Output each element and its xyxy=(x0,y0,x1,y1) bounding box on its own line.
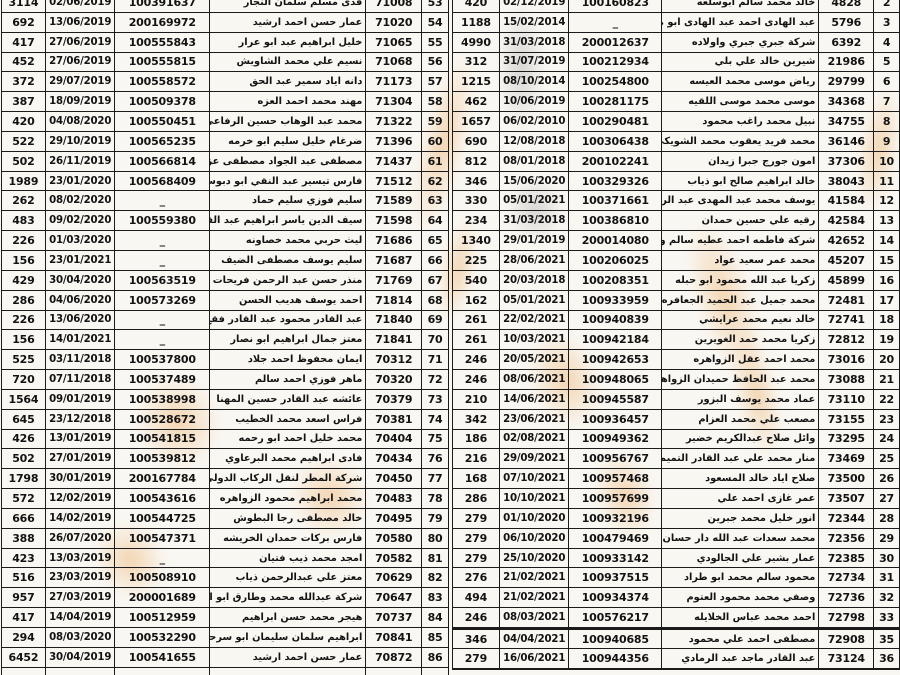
cell-date: 04/04/2021 xyxy=(500,630,570,648)
cell-count: 1798 xyxy=(2,469,46,488)
table-row: 29408/03/2020100532290ابراهيم سلمان سليم… xyxy=(2,628,448,648)
cell-no: 81 xyxy=(422,549,448,568)
cell-num: 71814 xyxy=(366,291,422,310)
cell-count: 279 xyxy=(453,529,500,548)
cell-no: 2 xyxy=(874,0,899,12)
cell-num: 6392 xyxy=(819,33,874,52)
cell-num: 70582 xyxy=(366,549,422,568)
cell-id: 100944356 xyxy=(569,649,662,668)
cell-count: 226 xyxy=(2,311,46,330)
table-row: 81208/01/2018200102241امون جورج جبرا زيد… xyxy=(453,152,899,172)
table-row: 27906/10/2020100479469محمد سعدات عبد الل… xyxy=(453,529,899,549)
cell-no: 66 xyxy=(422,251,448,270)
table-row: 69213/06/2019200169972عمار حسن احمد ارشي… xyxy=(2,13,448,33)
cell-num: 72908 xyxy=(819,630,874,648)
cell-id: 100509378 xyxy=(115,92,210,111)
cell-name: نبيل محمد راغب محمود xyxy=(662,112,819,131)
cell-name: محمد جميل عبد الحميد الجعافره xyxy=(662,291,819,310)
cell-num: 34755 xyxy=(819,112,874,131)
table-row: 33005/01/2021100371661يوسف محمد عبد المه… xyxy=(453,191,899,211)
cell-id xyxy=(115,668,210,675)
cell-date: 06/02/2010 xyxy=(500,112,570,131)
cell-num: 73016 xyxy=(819,350,874,369)
table-row: 22528/06/2021100206025محمد عمر سعيد عواد… xyxy=(453,251,899,271)
cell-date: 30/04/2020 xyxy=(46,271,116,290)
cell-date: 05/01/2021 xyxy=(500,291,570,310)
cell-num: 72356 xyxy=(819,529,874,548)
cell-no: 57 xyxy=(422,72,448,91)
cell-no: 58 xyxy=(422,92,448,111)
cell-num: 71589 xyxy=(366,191,422,210)
cell-count: 483 xyxy=(2,211,46,230)
cell-no: 63 xyxy=(422,191,448,210)
cell-num: 21986 xyxy=(819,53,874,72)
cell-no: 62 xyxy=(422,172,448,191)
cell-count: 186 xyxy=(453,430,500,449)
cell-name: فراس اسعد محمد الخطيب xyxy=(210,410,366,429)
cell-date: 14/06/2021 xyxy=(500,390,570,409)
cell-no: 25 xyxy=(874,449,899,468)
cell-name: عائشه عبد القادر حسين المهنا xyxy=(210,390,366,409)
table-row: 69012/08/2018100306438محمد فريد يعقوب مح… xyxy=(453,132,899,152)
cell-num: 70580 xyxy=(366,529,422,548)
cell-no: 18 xyxy=(874,311,899,330)
cell-num: 73155 xyxy=(819,410,874,429)
cell-name: مصعب علي محمد العزام xyxy=(662,410,819,429)
cell-id: 100932196 xyxy=(569,509,662,528)
cell-no: 33 xyxy=(874,608,899,627)
cell-count: 1215 xyxy=(453,72,500,91)
scanned-registry-page: { "colors": { "paper": "#f9f7f2", "borde… xyxy=(0,0,900,675)
cell-id: 100290481 xyxy=(569,112,662,131)
cell-count: 279 xyxy=(453,649,500,668)
cell-name: عبد الهادى احمد عبد الهادى ابو معيلش xyxy=(662,13,819,32)
cell-id: 100537489 xyxy=(115,370,210,389)
cell-count: 346 xyxy=(453,630,500,648)
cell-id: _ xyxy=(115,191,210,210)
cell-no: 4 xyxy=(874,33,899,52)
cell-no: 13 xyxy=(874,211,899,230)
cell-name: فارس تيسير عبد النقي ابو دبوس xyxy=(210,172,366,191)
table-row: 37229/07/2019100558572دانه اياد سمير عبد… xyxy=(2,72,448,92)
cell-num: 71841 xyxy=(366,330,422,349)
cell-date: 27/03/2019 xyxy=(46,588,116,607)
cell-count: 540 xyxy=(453,271,500,290)
cell-id: _ xyxy=(115,330,210,349)
cell-count: 666 xyxy=(2,509,46,528)
cell-date: 23/06/2021 xyxy=(500,410,570,429)
cell-id: 100160823 xyxy=(569,0,662,12)
cell-count: 516 xyxy=(2,568,46,587)
table-row: 41714/04/2019100512959هيجر محمد حسن ابرا… xyxy=(2,608,448,628)
cell-no: 73 xyxy=(422,390,448,409)
cell-name: محمود سالم محمد ابو طراد xyxy=(662,568,819,587)
table-row: 179830/01/2019200167784شركة المطر لنقل ا… xyxy=(2,469,448,489)
table-row: 42313/03/2019_امجد محمد ذيب فتيان7058281 xyxy=(2,549,448,569)
cell-count: 502 xyxy=(2,152,46,171)
cell-num: 72798 xyxy=(819,608,874,627)
cell-count: 226 xyxy=(2,231,46,250)
cell-count: 279 xyxy=(453,509,500,528)
cell-id: 100933142 xyxy=(569,549,662,568)
cell-id: 100940685 xyxy=(569,630,662,648)
cell-date: 13/01/2019 xyxy=(46,430,116,449)
cell-num: 71065 xyxy=(366,33,422,52)
cell-name: سيف الدين ياسر ابراهيم عبد القادر xyxy=(210,211,366,230)
cell-count: 372 xyxy=(2,72,46,91)
cell-num: 72344 xyxy=(819,509,874,528)
cell-no: 59 xyxy=(422,112,448,131)
table-row: 21014/06/2021100945587عماد محمد يوسف الب… xyxy=(453,390,899,410)
cell-name: موسى محمد موسى اللقيه xyxy=(662,92,819,111)
cell-id: 100329326 xyxy=(569,172,662,191)
cell-no: 27 xyxy=(874,489,899,508)
cell-name: فدى مسلم سلمان النجار xyxy=(210,0,366,12)
cell-count: 216 xyxy=(453,449,500,468)
table-row: 27916/06/2021100944356عبد القادر ماجد عب… xyxy=(453,649,899,669)
table-row: 27925/10/2020100933142عمار بشير علي الجا… xyxy=(453,549,899,569)
cell-count xyxy=(2,668,46,675)
cell-date: 22/02/2021 xyxy=(500,311,570,330)
cell-name: عمار حسن احمد ارشيد xyxy=(210,648,366,667)
cell-count: 494 xyxy=(453,588,500,607)
cell-id: 100937515 xyxy=(569,568,662,587)
cell-no: 21 xyxy=(874,370,899,389)
table-row: 134029/01/2019200014080شركة فاطمه احمد ع… xyxy=(453,231,899,251)
table-row: 42002/12/2019100160823خالد محمد سالم ابو… xyxy=(453,0,899,13)
cell-name: محمد احمد عقل الزواهره xyxy=(662,350,819,369)
cell-count: 417 xyxy=(2,608,46,627)
cell-date: 07/11/2018 xyxy=(46,370,116,389)
cell-id: 100391637 xyxy=(115,0,210,12)
cell-id: 100371661 xyxy=(569,191,662,210)
cell-no: 23 xyxy=(874,410,899,429)
table-row: 18602/08/2021100949362وائل صلاح عبدالكري… xyxy=(453,430,899,450)
cell-date: 08/03/2020 xyxy=(46,628,116,647)
cell-num: 73507 xyxy=(819,489,874,508)
cell-id: 100942653 xyxy=(569,350,662,369)
cell-count: 168 xyxy=(453,469,500,488)
cell-no: 7 xyxy=(874,92,899,111)
cell-num: 71512 xyxy=(366,172,422,191)
cell-name: عماد محمد يوسف البزور xyxy=(662,390,819,409)
cell-name: شركة المطر لنقل الركاب الدولي xyxy=(210,469,366,488)
table-row: 95727/03/2019200001689شركة عبدالله محمد … xyxy=(2,588,448,608)
cell-no: 17 xyxy=(874,291,899,310)
cell-num: 38043 xyxy=(819,172,874,191)
cell-count: 1657 xyxy=(453,112,500,131)
cell-num: 71068 xyxy=(366,53,422,72)
cell-no: 65 xyxy=(422,231,448,250)
cell-id: 100541655 xyxy=(115,648,210,667)
table-row: 15623/01/2021_سليم يوسف مصطفى الضيف71687… xyxy=(2,251,448,271)
cell-count: 388 xyxy=(2,529,46,548)
cell-count: 522 xyxy=(2,132,46,151)
cell-no: 8 xyxy=(874,112,899,131)
cell-count: 262 xyxy=(2,191,46,210)
cell-no: 29 xyxy=(874,529,899,548)
cell-no: 35 xyxy=(874,630,899,648)
cell-date: 04/08/2020 xyxy=(46,112,116,131)
cell-id: 100281175 xyxy=(569,92,662,111)
table-row: 26110/03/2021100942184زكريا محمد حمد الغ… xyxy=(453,330,899,350)
cell-name: هيجر محمد حسن ابراهيم xyxy=(210,608,366,627)
cell-no: 79 xyxy=(422,509,448,528)
cell-no: 36 xyxy=(874,649,899,668)
cell-id: 100544725 xyxy=(115,509,210,528)
cell-id: 100306438 xyxy=(569,132,662,151)
cell-num: 36146 xyxy=(819,132,874,151)
table-row: 21629/09/2021100956767منار محمد علي عبد … xyxy=(453,449,899,469)
cell-date: 29/09/2021 xyxy=(500,449,570,468)
cell-num: 73124 xyxy=(819,649,874,668)
cell-count: 957 xyxy=(2,588,46,607)
cell-no: 5 xyxy=(874,53,899,72)
cell-num: 73088 xyxy=(819,370,874,389)
table-row: 34604/04/2021100940685مصطفى احمد علي محم… xyxy=(453,628,899,649)
cell-date: 08/01/2018 xyxy=(500,152,570,171)
table-row: 52229/10/2019100565235ضرغام خليل سليم اب… xyxy=(2,132,448,152)
cell-num xyxy=(366,668,422,675)
cell-name: عبد القادر ماجد عبد الرمادي xyxy=(662,649,819,668)
cell-id: 100565235 xyxy=(115,132,210,151)
cell-id: 100386810 xyxy=(569,211,662,230)
cell-count: 423 xyxy=(2,549,46,568)
cell-count: 342 xyxy=(453,410,500,429)
registry-table-right: 42002/12/2019100160823خالد محمد سالم ابو… xyxy=(452,0,900,670)
cell-count: 1188 xyxy=(453,13,500,32)
cell-count: 286 xyxy=(453,489,500,508)
table-row: 42004/08/2020100550451محمد عبد الوهاب حس… xyxy=(2,112,448,132)
cell-count: 3114 xyxy=(2,0,46,12)
cell-count: 312 xyxy=(453,53,500,72)
cell-date: 30/01/2019 xyxy=(46,469,116,488)
cell-no: 84 xyxy=(422,608,448,627)
partial-row-stub xyxy=(2,668,448,675)
cell-name: محمد عبد الحافظ حميدان الزواهره xyxy=(662,370,819,389)
cell-num: 72736 xyxy=(819,588,874,607)
cell-no: 24 xyxy=(874,430,899,449)
cell-id: 200169972 xyxy=(115,13,210,32)
cell-no: 69 xyxy=(422,311,448,330)
cell-num: 71396 xyxy=(366,132,422,151)
cell-id: 100559380 xyxy=(115,211,210,230)
cell-name: دانه اياد سمير عبد الحق xyxy=(210,72,366,91)
cell-num: 71686 xyxy=(366,231,422,250)
cell-no: 10 xyxy=(874,152,899,171)
cell-no: 9 xyxy=(874,132,899,151)
cell-no: 70 xyxy=(422,330,448,349)
cell-name: وائل صلاح عبدالكريم خضير xyxy=(662,430,819,449)
cell-num: 73469 xyxy=(819,449,874,468)
cell-num: 71304 xyxy=(366,92,422,111)
cell-id: 100957468 xyxy=(569,469,662,488)
cell-date: 30/04/2019 xyxy=(46,648,116,667)
cell-count: 162 xyxy=(453,291,500,310)
cell-num: 73295 xyxy=(819,430,874,449)
cell-count: 286 xyxy=(2,291,46,310)
cell-name: عمار حسن احمد ارشيد xyxy=(210,13,366,32)
cell-num: 71840 xyxy=(366,311,422,330)
cell-id: 100566814 xyxy=(115,152,210,171)
cell-no: 22 xyxy=(874,390,899,409)
cell-date xyxy=(46,668,116,675)
cell-name: مهند محمد احمد العزه xyxy=(210,92,366,111)
table-row: 49421/02/2021100934374وصفي محمد محمود ال… xyxy=(453,588,899,608)
cell-id: 100508910 xyxy=(115,568,210,587)
cell-count: 330 xyxy=(453,191,500,210)
cell-num: 70495 xyxy=(366,509,422,528)
cell-name: خالد ابراهيم صالح ابو ذياب xyxy=(662,172,819,191)
table-row: 64523/12/2018100528672فراس اسعد محمد الخ… xyxy=(2,410,448,430)
table-row: 54020/03/2018100208351زكريا عبد الله محم… xyxy=(453,271,899,291)
table-row: 645230/04/2019100541655عمار حسن احمد ارش… xyxy=(2,648,448,668)
cell-name: مصطفى احمد علي محمود xyxy=(662,630,819,648)
cell-id: 100568409 xyxy=(115,172,210,191)
cell-id: 100940839 xyxy=(569,311,662,330)
cell-id: 100558572 xyxy=(115,72,210,91)
cell-date: 23/12/2018 xyxy=(46,410,116,429)
cell-name: نسيم علي محمد الشاويش xyxy=(210,53,366,72)
cell-date: 31/07/2019 xyxy=(500,53,570,72)
cell-id: 200001689 xyxy=(115,588,210,607)
cell-date: 02/12/2019 xyxy=(500,0,570,12)
cell-no: 11 xyxy=(874,172,899,191)
cell-date: 08/06/2021 xyxy=(500,370,570,389)
cell-date: 01/03/2020 xyxy=(46,231,116,250)
cell-count: 462 xyxy=(453,92,500,111)
cell-id: 100942184 xyxy=(569,330,662,349)
cell-id: 100573269 xyxy=(115,291,210,310)
table-row: 38718/09/2019100509378مهند محمد احمد الع… xyxy=(2,92,448,112)
cell-count: 276 xyxy=(453,568,500,587)
cell-count: 426 xyxy=(2,430,46,449)
cell-num: 72812 xyxy=(819,330,874,349)
cell-date: 12/08/2018 xyxy=(500,132,570,151)
cell-count: 234 xyxy=(453,211,500,230)
cell-no: 85 xyxy=(422,628,448,647)
table-row: 72007/11/2018100537489ماهر فوزي احمد سال… xyxy=(2,370,448,390)
cell-name: انور خليل محمد جبرين xyxy=(662,509,819,528)
cell-count: 812 xyxy=(453,152,500,171)
cell-no: 61 xyxy=(422,152,448,171)
cell-no: 31 xyxy=(874,568,899,587)
cell-id: 100212934 xyxy=(569,53,662,72)
cell-id: 100254800 xyxy=(569,72,662,91)
cell-count: 429 xyxy=(2,271,46,290)
cell-id: _ xyxy=(115,311,210,330)
cell-name: عمر غازى احمد علي xyxy=(662,489,819,508)
cell-date: 23/03/2019 xyxy=(46,568,116,587)
cell-id: 200014080 xyxy=(569,231,662,250)
scanned-document-sheet: 311402/06/2019100391637فدى مسلم سلمان ال… xyxy=(0,0,900,675)
cell-date: 16/06/2021 xyxy=(500,649,570,668)
table-row: 28604/06/2020100573269احمد يوسف هديب الح… xyxy=(2,291,448,311)
cell-name: زكريا عبد الله محمود ابو حبله xyxy=(662,271,819,290)
cell-name: امون جورج جبرا زيدان xyxy=(662,152,819,171)
cell-name: مصطفى عبد الجواد مصطفى عزازي xyxy=(210,152,366,171)
cell-no: 72 xyxy=(422,370,448,389)
cell-no xyxy=(422,668,448,675)
cell-count: 645 xyxy=(2,410,46,429)
cell-no: 53 xyxy=(422,0,448,12)
cell-num: 71437 xyxy=(366,152,422,171)
cell-no: 20 xyxy=(874,350,899,369)
cell-no: 14 xyxy=(874,231,899,250)
table-row: 165706/02/2010100290481نبيل محمد راغب مح… xyxy=(453,112,899,132)
cell-num: 45207 xyxy=(819,251,874,270)
cell-num: 72481 xyxy=(819,291,874,310)
cell-id: 100528672 xyxy=(115,410,210,429)
cell-id: _ xyxy=(115,231,210,250)
cell-num: 70841 xyxy=(366,628,422,647)
cell-no: 82 xyxy=(422,568,448,587)
cell-num: 73500 xyxy=(819,469,874,488)
cell-no: 86 xyxy=(422,648,448,667)
cell-name: رقيه علي حسين حمدان xyxy=(662,211,819,230)
cell-name: ماهر فوزي احمد سالم xyxy=(210,370,366,389)
cell-date: 20/03/2018 xyxy=(500,271,570,290)
cell-count: 525 xyxy=(2,350,46,369)
cell-id: 100537800 xyxy=(115,350,210,369)
cell-count: 720 xyxy=(2,370,46,389)
table-row: 26122/02/2021100940839خالد نعيم محمد عرا… xyxy=(453,311,899,331)
cell-num: 5796 xyxy=(819,13,874,32)
cell-count: 294 xyxy=(2,628,46,647)
table-row: 34223/06/2021100936457مصعب علي محمد العز… xyxy=(453,410,899,430)
cell-id: 100948065 xyxy=(569,370,662,389)
cell-count: 692 xyxy=(2,13,46,32)
cell-count: 417 xyxy=(2,33,46,52)
cell-count: 156 xyxy=(2,330,46,349)
cell-date: 02/08/2021 xyxy=(500,430,570,449)
cell-date: 31/03/2018 xyxy=(500,33,570,52)
table-row: 23431/03/2018100386810رقيه علي حسين حمدا… xyxy=(453,211,899,231)
table-row: 48309/02/2020100559380سيف الدين ياسر ابر… xyxy=(2,211,448,231)
cell-name xyxy=(210,668,366,675)
cell-date: 13/03/2019 xyxy=(46,549,116,568)
cell-date: 18/09/2019 xyxy=(46,92,116,111)
cell-id: 100555843 xyxy=(115,33,210,52)
cell-date: 12/02/2019 xyxy=(46,489,116,508)
cell-date: 29/07/2019 xyxy=(46,72,116,91)
cell-date: 20/05/2021 xyxy=(500,350,570,369)
cell-no: 55 xyxy=(422,33,448,52)
cell-num: 71769 xyxy=(366,271,422,290)
cell-num: 34368 xyxy=(819,92,874,111)
cell-count: 420 xyxy=(453,0,500,12)
cell-name: وصفي محمد محمود العتوم xyxy=(662,588,819,607)
cell-id: _ xyxy=(115,251,210,270)
cell-name: خالد نعيم محمد عرايشي xyxy=(662,311,819,330)
table-row: 42930/04/2020100563519منذر حسن عبد الرحم… xyxy=(2,271,448,291)
cell-name: زكريا محمد حمد الغويرين xyxy=(662,330,819,349)
cell-count: 452 xyxy=(2,53,46,72)
cell-name: ليث حربي محمد خصاونه xyxy=(210,231,366,250)
cell-no: 80 xyxy=(422,529,448,548)
cell-count: 690 xyxy=(453,132,500,151)
table-row: 45227/06/2019100555815نسيم علي محمد الشا… xyxy=(2,53,448,73)
cell-name: شيرين خالد علي بلي xyxy=(662,53,819,72)
cell-date: 08/03/2021 xyxy=(500,608,570,627)
table-row: 66614/02/2019100544725خالد مصطفى رجا الب… xyxy=(2,509,448,529)
table-row: 311402/06/2019100391637فدى مسلم سلمان ال… xyxy=(2,0,448,13)
cell-num: 70379 xyxy=(366,390,422,409)
cell-no: 32 xyxy=(874,588,899,607)
cell-no: 54 xyxy=(422,13,448,32)
cell-count: 210 xyxy=(453,390,500,409)
cell-name: منذر حسن عبد الرحمن فريحات xyxy=(210,271,366,290)
